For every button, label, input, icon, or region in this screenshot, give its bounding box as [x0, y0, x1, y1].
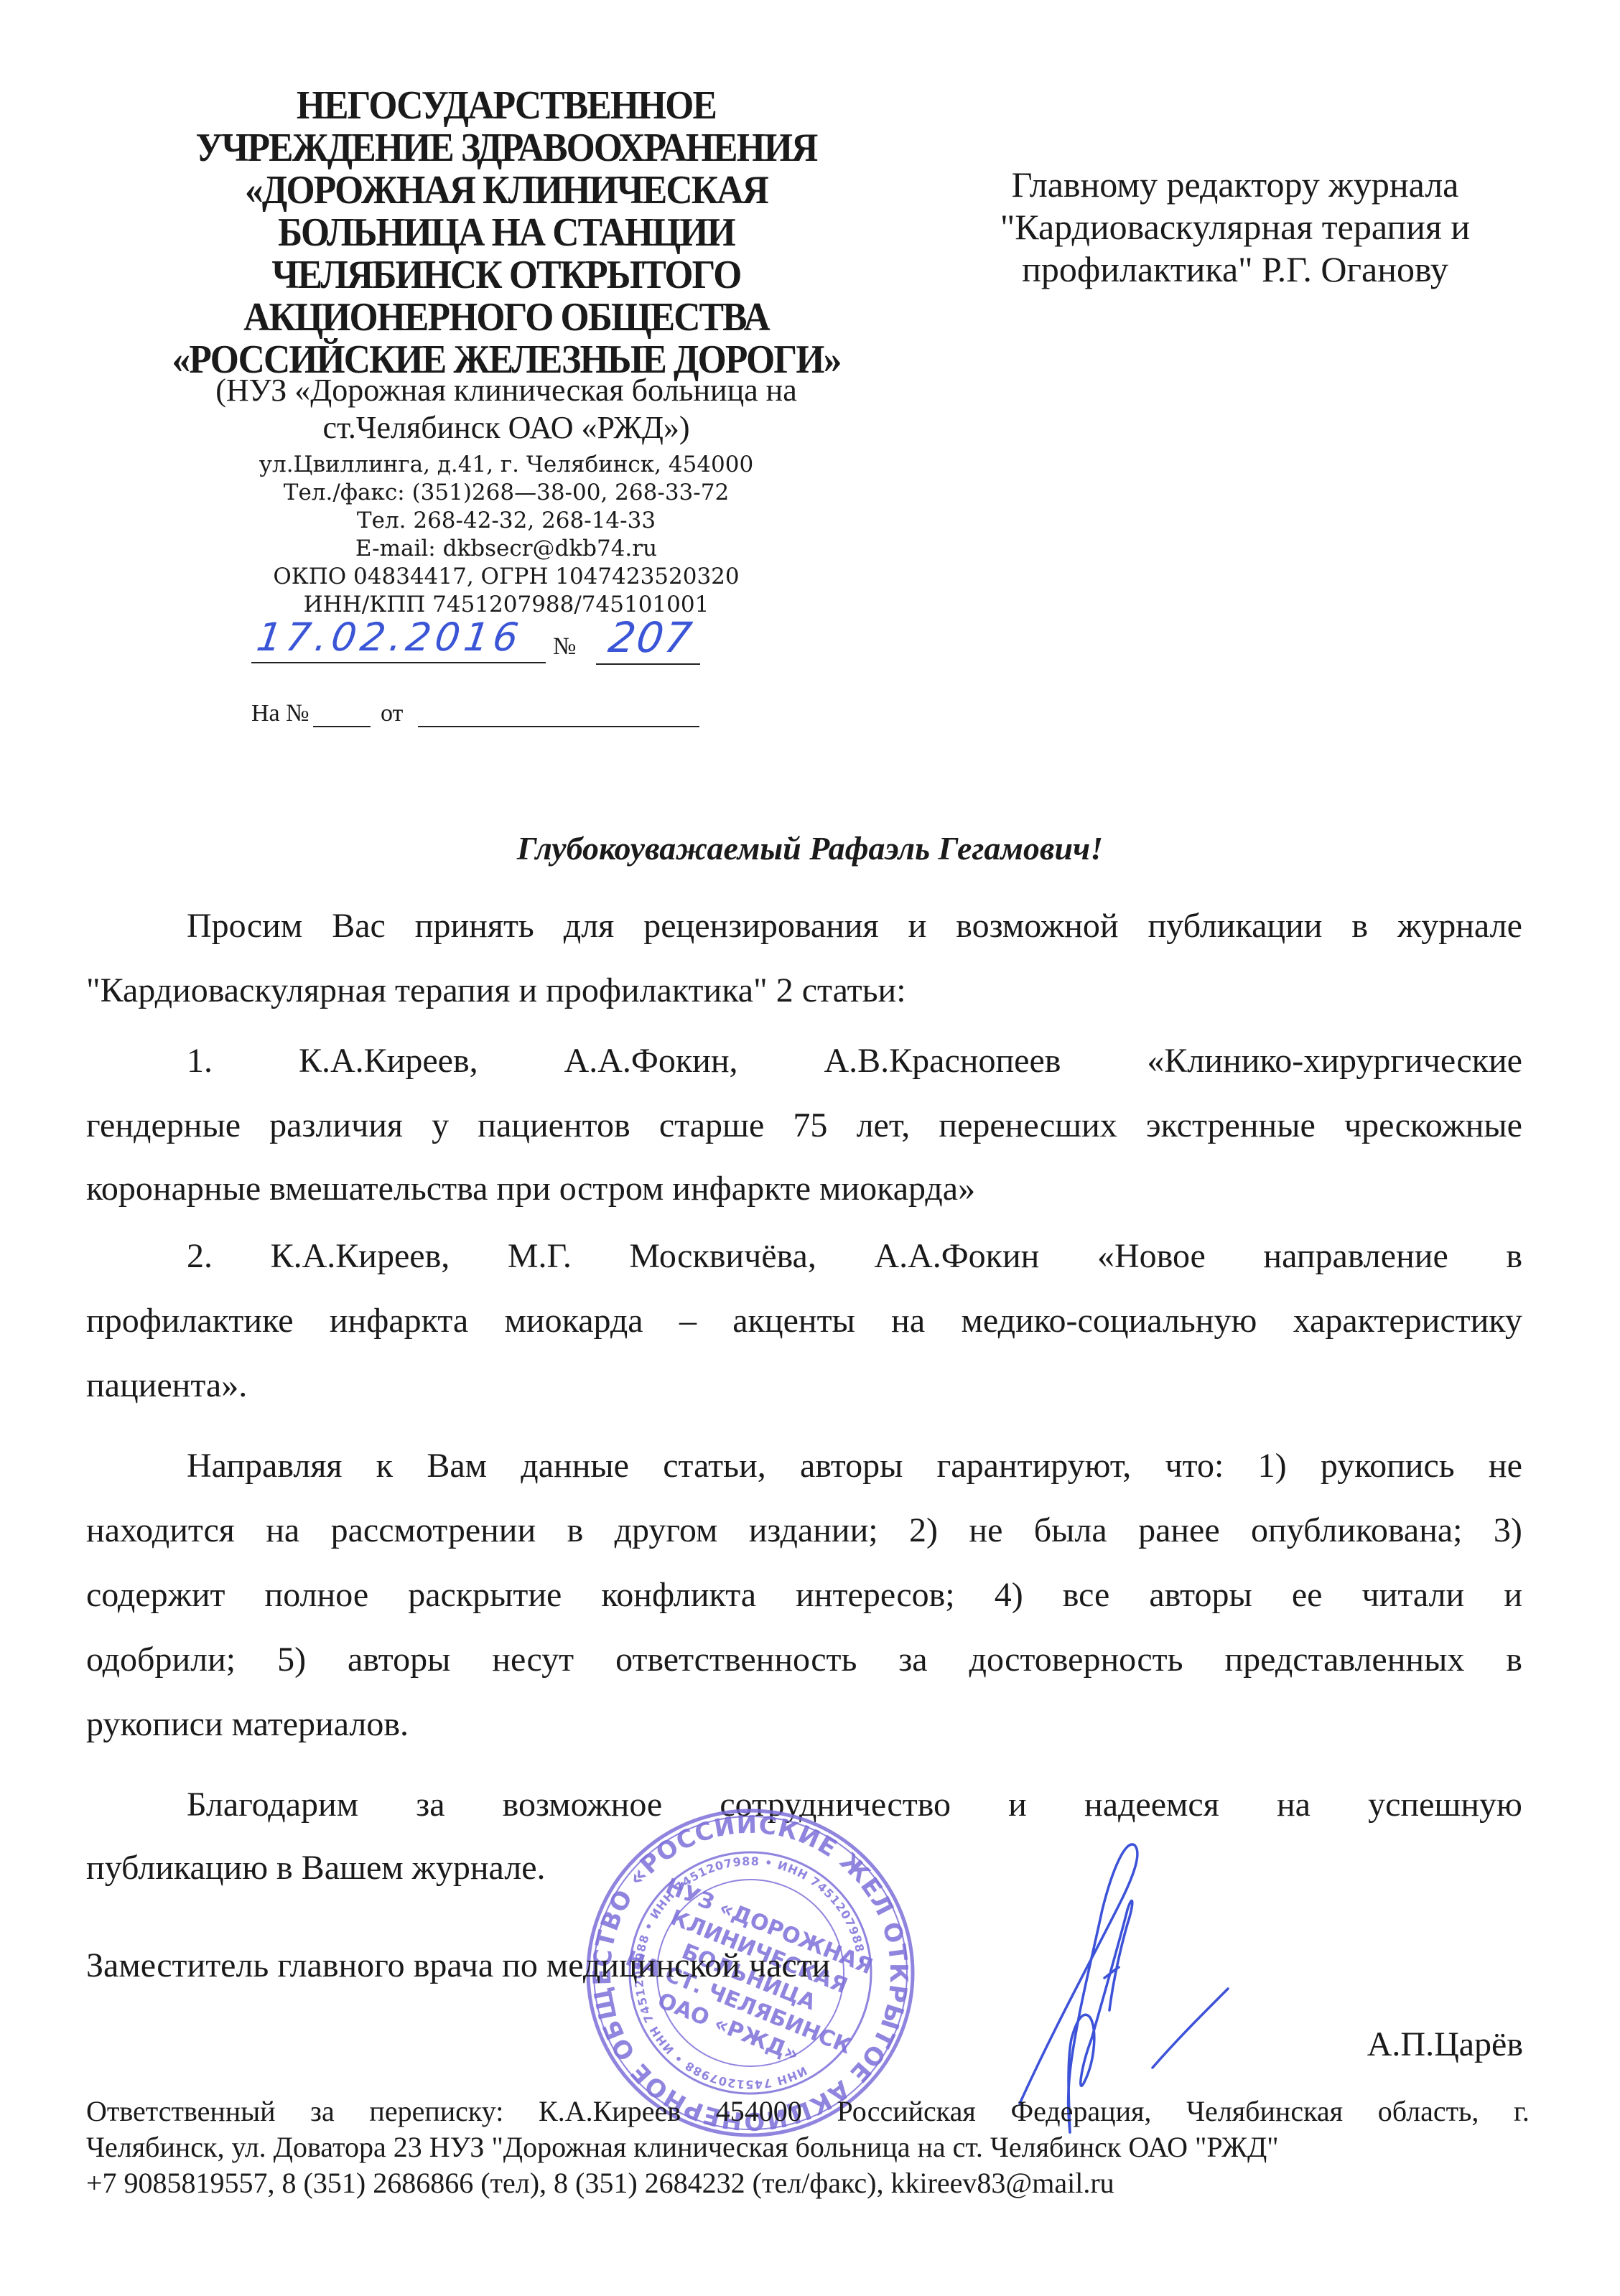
word: одобрили;	[86, 1640, 236, 1680]
word: медико-социальную	[962, 1301, 1257, 1341]
word: издании;	[749, 1511, 878, 1551]
word: в	[1506, 1236, 1522, 1277]
word: и	[1008, 1785, 1027, 1825]
word: гендерные	[86, 1106, 241, 1146]
word: за	[416, 1785, 444, 1825]
word: А.А.Фокин,	[564, 1041, 738, 1081]
greeting: Глубокоуважаемый Рафаэль Гегамович!	[0, 829, 1620, 867]
word: перенесших	[939, 1106, 1117, 1146]
word: на	[891, 1301, 925, 1341]
word: К.А.Киреев,	[271, 1236, 450, 1277]
letterhead-short-name: (НУЗ «Дорожная клиническая больница на с…	[129, 372, 883, 447]
word: и	[1504, 1575, 1522, 1615]
word: представленных	[1224, 1640, 1464, 1680]
word: старше	[659, 1106, 764, 1146]
handwritten-date: 17.02.2016	[254, 615, 526, 660]
word: надеемся	[1084, 1785, 1219, 1825]
word: 1)	[1258, 1446, 1287, 1486]
guarantee-line-4: одобрили; 5) авторы несут ответственност…	[86, 1640, 1522, 1680]
word: журнале	[1397, 906, 1522, 946]
word: экстренные	[1146, 1106, 1316, 1146]
word: акценты	[732, 1301, 855, 1341]
reference-row: На № от	[251, 700, 697, 743]
word: что:	[1165, 1446, 1224, 1486]
word: гарантируют,	[937, 1446, 1132, 1486]
footer-line-1: Ответственный за переписку: К.А.Киреев 4…	[86, 2094, 1530, 2129]
number-underline	[596, 663, 700, 665]
guarantee-line-1: Направляя к Вам данные статьи, авторы га…	[187, 1446, 1522, 1486]
word: интересов;	[796, 1575, 954, 1615]
word: авторы	[1149, 1575, 1252, 1615]
word: рассмотрении	[331, 1511, 536, 1551]
word: пациентов	[478, 1106, 630, 1146]
word: на	[266, 1511, 299, 1551]
word: все	[1063, 1575, 1110, 1615]
word: конфликта	[601, 1575, 756, 1615]
word: «Новое	[1097, 1236, 1206, 1277]
word: за	[310, 2094, 335, 2129]
word: –	[679, 1301, 697, 1341]
addressee-line: профилактика" Р.Г. Оганову	[934, 248, 1537, 291]
word: лет,	[857, 1106, 911, 1146]
word: Федерация,	[1010, 2094, 1151, 2129]
letterhead-org-name: НЕГОСУДАРСТВЕННОЕ УЧРЕЖДЕНИЕ ЗДРАВООХРАН…	[159, 85, 853, 381]
address-line: ул.Цвиллинга, д.41, г. Челябинск, 454000	[129, 451, 883, 479]
word: не	[1489, 1446, 1522, 1486]
word: Вас	[332, 906, 386, 946]
word: содержит	[86, 1575, 225, 1615]
word: читали	[1361, 1575, 1464, 1615]
article-1-line-3: коронарные вмешательства при остром инфа…	[86, 1169, 1522, 1209]
letterhead-details: ул.Цвиллинга, д.41, г. Челябинск, 454000…	[129, 451, 883, 619]
word: публикации	[1148, 906, 1323, 946]
word: не	[969, 1511, 1002, 1551]
word: Челябинская	[1186, 2094, 1343, 2129]
reference-from-label: от	[381, 700, 403, 727]
word: рецензирования	[643, 906, 878, 946]
word: К.А.Киреев	[539, 2094, 681, 2129]
word: Благодарим	[187, 1785, 358, 1825]
word: была	[1034, 1511, 1107, 1551]
word: у	[432, 1106, 449, 1146]
article-1-line-2: гендерные различия у пациентов старше 75…	[86, 1106, 1522, 1146]
word: для	[564, 906, 614, 946]
word: 2)	[909, 1511, 938, 1551]
phone-fax-line: Тел./факс: (351)268—38-00, 268-33-72	[129, 479, 883, 507]
signer-name: А.П.Царёв	[1367, 2025, 1523, 2064]
addressee-line: Главному редактору журнала	[934, 164, 1537, 206]
word: рукопись	[1321, 1446, 1455, 1486]
number-sign: №	[553, 633, 576, 661]
word: другом	[615, 1511, 718, 1551]
reference-number-line	[313, 726, 371, 727]
article-1-line-1: 1. К.А.Киреев, А.А.Фокин, А.В.Краснопеев…	[187, 1041, 1522, 1081]
word: ее	[1292, 1575, 1323, 1615]
word: принять	[415, 906, 534, 946]
word: Вам	[427, 1446, 487, 1486]
word: достоверность	[969, 1640, 1183, 1680]
word: данные	[521, 1446, 629, 1486]
word: 3)	[1494, 1511, 1522, 1551]
word: находится	[86, 1511, 235, 1551]
word: к	[376, 1446, 393, 1486]
okpo-ogrn-line: ОКПО 04834417, ОГРН 1047423520320	[129, 563, 883, 591]
word: «Клинико-хирургические	[1147, 1041, 1522, 1081]
word: авторы	[348, 1640, 450, 1680]
word: характеристику	[1293, 1301, 1522, 1341]
guarantee-line-2: находится на рассмотрении в другом издан…	[86, 1511, 1522, 1551]
signer-title: Заместитель главного врача по медицинско…	[86, 1946, 830, 1985]
short-name-line: ст.Челябинск ОАО «РЖД»)	[129, 409, 883, 447]
org-name-line: БОЛЬНИЦА НА СТАНЦИИ	[159, 212, 853, 254]
addressee-line: "Кардиоваскулярная терапия и	[934, 206, 1537, 248]
word: г.	[1514, 2094, 1530, 2129]
short-name-line: (НУЗ «Дорожная клиническая больница на	[129, 372, 883, 409]
word: в	[567, 1511, 584, 1551]
word: А.В.Краснопеев	[824, 1041, 1061, 1081]
word: переписку:	[369, 2094, 503, 2129]
correspondence-footer: Ответственный за переписку: К.А.Киреев 4…	[86, 2094, 1530, 2201]
org-name-line: «ДОРОЖНАЯ КЛИНИЧЕСКАЯ	[159, 169, 853, 212]
word: раскрытие	[408, 1575, 562, 1615]
org-name-line: НЕГОСУДАРСТВЕННОЕ	[159, 85, 853, 127]
article-number: 2.	[187, 1236, 213, 1277]
footer-line-2: Челябинск, ул. Доватора 23 НУЗ "Дорожная…	[86, 2129, 1530, 2165]
word: в	[1506, 1640, 1522, 1680]
handwritten-number: 207	[605, 613, 696, 662]
word: за	[898, 1640, 927, 1680]
signature-icon	[1012, 1824, 1271, 2139]
email-line: E-mail: dkbsecr@dkb74.ru	[129, 535, 883, 563]
word: 454000	[716, 2094, 802, 2129]
word: Российская	[837, 2094, 975, 2129]
org-name-line: АКЦИОНЕРНОГО ОБЩЕСТВА	[159, 297, 853, 339]
word: 4)	[995, 1575, 1023, 1615]
article-2-line-1: 2. К.А.Киреев, М.Г. Москвичёва, А.А.Фоки…	[187, 1236, 1522, 1277]
word: 75	[793, 1106, 827, 1146]
word: чрескожные	[1344, 1106, 1522, 1146]
article-2-line-2: профилактике инфаркта миокарда – акценты…	[86, 1301, 1522, 1341]
word: несут	[492, 1640, 574, 1680]
org-name-line: ЧЕЛЯБИНСК ОТКРЫТОГО	[159, 254, 853, 297]
guarantee-line-3: содержит полное раскрытие конфликта инте…	[86, 1575, 1522, 1615]
word: направление	[1263, 1236, 1448, 1277]
word: и	[908, 906, 927, 946]
word: в	[1351, 906, 1368, 946]
word: статьи,	[663, 1446, 765, 1486]
word: опубликована;	[1251, 1511, 1462, 1551]
word: Ответственный	[86, 2094, 275, 2129]
word: М.Г.	[508, 1236, 572, 1277]
article-number: 1.	[187, 1041, 213, 1081]
guarantee-line-5: рукописи материалов.	[86, 1704, 1522, 1745]
reference-date-line	[418, 726, 699, 727]
word: Направляя	[187, 1446, 342, 1486]
word: Просим	[187, 906, 302, 946]
word: успешную	[1368, 1785, 1522, 1825]
word: Москвичёва,	[629, 1236, 816, 1277]
footer-line-3: +7 9085819557, 8 (351) 2686866 (тел), 8 …	[86, 2165, 1530, 2201]
word: инфаркта	[330, 1301, 468, 1341]
word: на	[1277, 1785, 1311, 1825]
addressee-block: Главному редактору журнала "Кардиоваскул…	[934, 164, 1537, 291]
word: 5)	[277, 1640, 306, 1680]
word: различия	[269, 1106, 403, 1146]
intro-line-2: "Кардиоваскулярная терапия и профилактик…	[86, 971, 1522, 1011]
reference-prefix: На №	[251, 700, 309, 727]
registration-row: 17.02.2016 № 207	[251, 617, 697, 668]
word: миокарда	[505, 1301, 643, 1341]
phone-line: Тел. 268-42-32, 268-14-33	[129, 507, 883, 535]
word: К.А.Киреев,	[299, 1041, 478, 1081]
word: область,	[1378, 2094, 1479, 2129]
word: полное	[265, 1575, 369, 1615]
word: ответственность	[615, 1640, 857, 1680]
date-underline	[251, 662, 546, 663]
intro-line-1: Просим Вас принять для рецензирования и …	[187, 906, 1522, 946]
word: возможной	[956, 906, 1118, 946]
word: авторы	[800, 1446, 903, 1486]
org-name-line: УЧРЕЖДЕНИЕ ЗДРАВООХРАНЕНИЯ	[159, 127, 853, 169]
word: А.А.Фокин	[874, 1236, 1039, 1277]
word: ранее	[1138, 1511, 1220, 1551]
article-2-line-3: пациента».	[86, 1366, 1522, 1406]
word: профилактике	[86, 1301, 294, 1341]
